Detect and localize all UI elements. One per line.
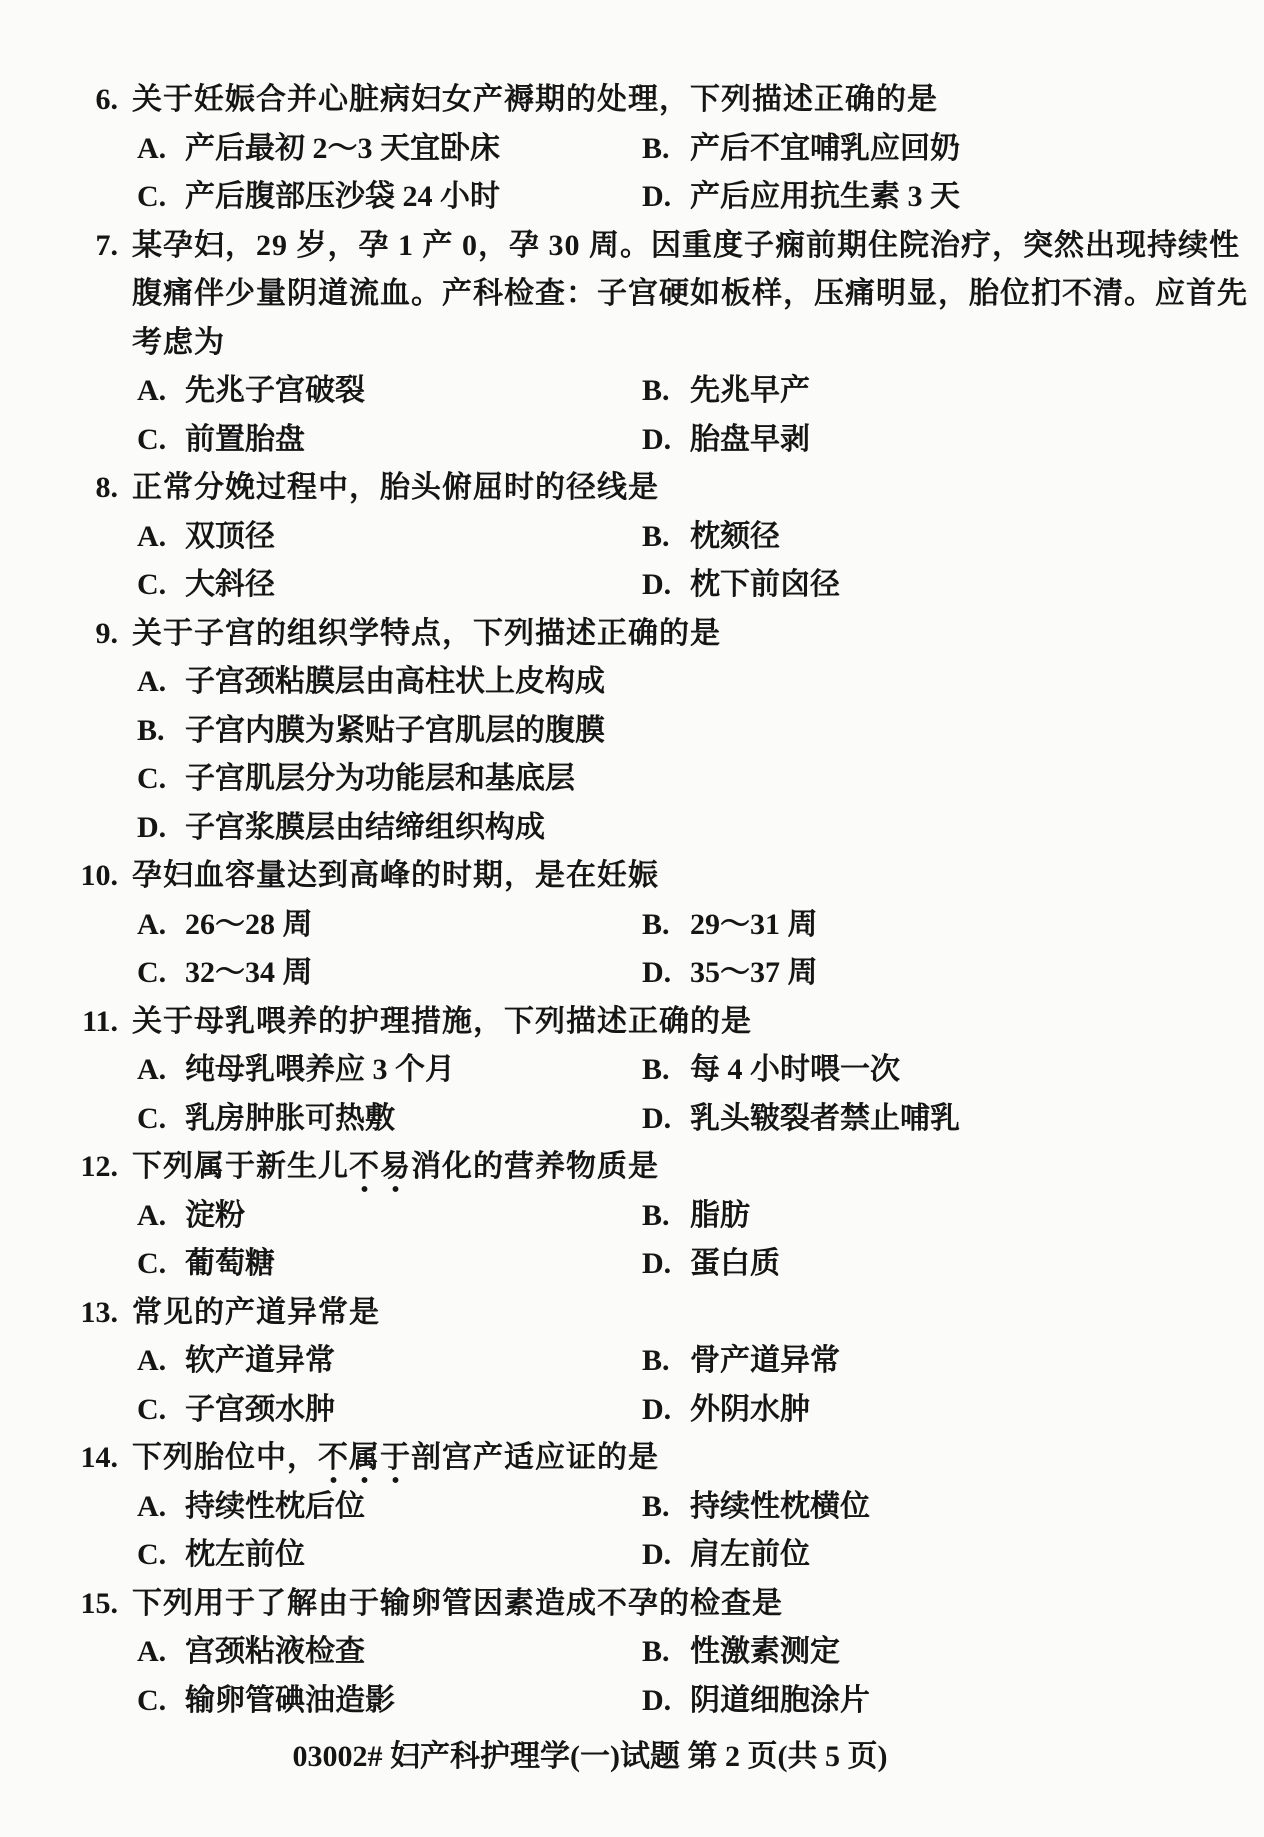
option-text: 乳房肿胀可热敷 [185, 1102, 395, 1135]
option-row: C.大斜径D.枕下前囟径 [0, 561, 1264, 610]
option-label: B. [642, 513, 690, 562]
option-label: D. [642, 1531, 690, 1580]
option-row: A.26～28 周B.29～31 周 [0, 901, 1264, 950]
option-text: 产后腹部压沙袋 24 小时 [185, 180, 500, 213]
question-stem: 关于子宫的组织学特点，下列描述正确的是 [132, 610, 721, 659]
option-b: B.性激素测定 [642, 1628, 840, 1677]
option-row: A.淀粉B.脂肪 [0, 1192, 1264, 1241]
option-b: B.持续性枕横位 [642, 1483, 870, 1532]
question-stem-line: 15.下列用于了解由于输卵管因素造成不孕的检查是 [0, 1580, 1264, 1629]
option-d: D.蛋白质 [642, 1240, 780, 1289]
option-c: C.子宫肌层分为功能层和基底层 [137, 755, 575, 804]
option-text: 淀粉 [185, 1199, 245, 1232]
option-c: C.产后腹部压沙袋 24 小时 [137, 173, 500, 222]
option-text: 脂肪 [690, 1199, 750, 1232]
question-number: 14. [0, 1434, 118, 1483]
question-list: 6.关于妊娠合并心脏病妇女产褥期的处理，下列描述正确的是A.产后最初 2～3 天… [0, 76, 1264, 1725]
option-text: 子宫肌层分为功能层和基底层 [185, 762, 575, 795]
question-stem: 腹痛伴少量阴道流血。产科检查：子宫硬如板样，压痛明显，胎位扪不清。应首先 [132, 270, 1248, 319]
option-label: B. [642, 1483, 690, 1532]
option-text: 先兆子宫破裂 [185, 374, 365, 407]
option-text: 纯母乳喂养应 3 个月 [185, 1053, 455, 1086]
question-stem: 孕妇血容量达到高峰的时期，是在妊娠 [132, 852, 659, 901]
option-b: B.产后不宜哺乳应回奶 [642, 125, 960, 174]
option-text: 产后应用抗生素 3 天 [690, 180, 960, 213]
scanned-exam-page: { "page": { "footer": "03002# 妇产科护理学(一)试… [0, 0, 1264, 1837]
option-d: D.产后应用抗生素 3 天 [642, 173, 960, 222]
question-stem-line: 13.常见的产道异常是 [0, 1289, 1264, 1338]
question-stem-line: 8.正常分娩过程中，胎头俯屈时的径线是 [0, 464, 1264, 513]
option-text: 蛋白质 [690, 1247, 780, 1280]
option-c: C.32～34 周 [137, 949, 313, 998]
option-label: D. [642, 416, 690, 465]
option-a: A.26～28 周 [137, 901, 313, 950]
option-label: C. [137, 1240, 185, 1289]
option-label: B. [642, 367, 690, 416]
option-row: C.葡萄糖D.蛋白质 [0, 1240, 1264, 1289]
option-label: C. [137, 1386, 185, 1435]
question-6: 6.关于妊娠合并心脏病妇女产褥期的处理，下列描述正确的是A.产后最初 2～3 天… [0, 76, 1264, 222]
option-label: A. [137, 901, 185, 950]
question-number: 13. [0, 1289, 118, 1338]
option-text: 产后不宜哺乳应回奶 [690, 132, 960, 165]
option-row: A.产后最初 2～3 天宜卧床B.产后不宜哺乳应回奶 [0, 125, 1264, 174]
option-label: A. [137, 513, 185, 562]
option-b: B.脂肪 [642, 1192, 750, 1241]
question-11: 11.关于母乳喂养的护理措施，下列描述正确的是A.纯母乳喂养应 3 个月B.每 … [0, 998, 1264, 1144]
option-row: D.子宫浆膜层由结缔组织构成 [0, 804, 1264, 853]
option-label: D. [137, 804, 185, 853]
option-label: C. [137, 949, 185, 998]
option-text: 29～31 周 [690, 908, 818, 941]
question-stem-line: 6.关于妊娠合并心脏病妇女产褥期的处理，下列描述正确的是 [0, 76, 1264, 125]
option-a: A.宫颈粘液检查 [137, 1628, 365, 1677]
question-number: 7. [0, 222, 118, 271]
option-text: 持续性枕横位 [690, 1490, 870, 1523]
option-text: 葡萄糖 [185, 1247, 275, 1280]
question-10: 10.孕妇血容量达到高峰的时期，是在妊娠A.26～28 周B.29～31 周C.… [0, 852, 1264, 998]
question-number: 11. [0, 998, 118, 1047]
option-text: 枕左前位 [185, 1538, 305, 1571]
option-row: A.软产道异常B.骨产道异常 [0, 1337, 1264, 1386]
option-a: A.子宫颈粘膜层由高柱状上皮构成 [137, 658, 605, 707]
question-stem: 下列属于新生儿不易消化的营养物质是 [132, 1143, 659, 1192]
question-9: 9.关于子宫的组织学特点，下列描述正确的是A.子宫颈粘膜层由高柱状上皮构成B.子… [0, 610, 1264, 853]
option-row: C.子宫肌层分为功能层和基底层 [0, 755, 1264, 804]
option-label: A. [137, 1483, 185, 1532]
question-number: 6. [0, 76, 118, 125]
option-row: C.产后腹部压沙袋 24 小时D.产后应用抗生素 3 天 [0, 173, 1264, 222]
option-row: A.持续性枕后位B.持续性枕横位 [0, 1483, 1264, 1532]
question-stem-line: 7.某孕妇，29 岁，孕 1 产 0，孕 30 周。因重度子痫前期住院治疗，突然… [0, 222, 1264, 271]
option-text: 乳头皲裂者禁止哺乳 [690, 1102, 960, 1135]
option-text: 35～37 周 [690, 956, 818, 989]
option-a: A.纯母乳喂养应 3 个月 [137, 1046, 455, 1095]
option-d: D.35～37 周 [642, 949, 818, 998]
question-15: 15.下列用于了解由于输卵管因素造成不孕的检查是A.宫颈粘液检查B.性激素测定C… [0, 1580, 1264, 1726]
option-label: D. [642, 561, 690, 610]
option-text: 子宫颈粘膜层由高柱状上皮构成 [185, 665, 605, 698]
option-row: C.枕左前位D.肩左前位 [0, 1531, 1264, 1580]
option-b: B.先兆早产 [642, 367, 810, 416]
question-number: 9. [0, 610, 118, 659]
option-label: A. [137, 367, 185, 416]
option-text: 产后最初 2～3 天宜卧床 [185, 132, 500, 165]
question-14: 14.下列胎位中，不属于剖宫产适应证的是A.持续性枕后位B.持续性枕横位C.枕左… [0, 1434, 1264, 1580]
option-a: A.产后最初 2～3 天宜卧床 [137, 125, 500, 174]
option-label: B. [642, 1337, 690, 1386]
question-stem-line: 腹痛伴少量阴道流血。产科检查：子宫硬如板样，压痛明显，胎位扪不清。应首先 [0, 270, 1264, 319]
option-label: D. [642, 1677, 690, 1726]
option-row: C.32～34 周D.35～37 周 [0, 949, 1264, 998]
option-label: B. [642, 901, 690, 950]
option-text: 宫颈粘液检查 [185, 1635, 365, 1668]
question-stem-line: 14.下列胎位中，不属于剖宫产适应证的是 [0, 1434, 1264, 1483]
option-text: 性激素测定 [690, 1635, 840, 1668]
option-a: A.先兆子宫破裂 [137, 367, 365, 416]
question-number: 12. [0, 1143, 118, 1192]
option-c: C.子宫颈水肿 [137, 1386, 335, 1435]
question-number: 8. [0, 464, 118, 513]
option-text: 子宫浆膜层由结缔组织构成 [185, 811, 545, 844]
option-label: D. [642, 1386, 690, 1435]
option-d: D.子宫浆膜层由结缔组织构成 [137, 804, 545, 853]
question-stem-line: 考虑为 [0, 319, 1264, 368]
option-label: D. [642, 173, 690, 222]
question-stem: 下列用于了解由于输卵管因素造成不孕的检查是 [132, 1580, 783, 1629]
option-label: B. [642, 1046, 690, 1095]
option-row: C.乳房肿胀可热敷D.乳头皲裂者禁止哺乳 [0, 1095, 1264, 1144]
option-text: 枕颏径 [690, 520, 780, 553]
question-stem: 考虑为 [132, 319, 225, 368]
option-b: B.每 4 小时喂一次 [642, 1046, 900, 1095]
option-row: A.先兆子宫破裂B.先兆早产 [0, 367, 1264, 416]
option-a: A.淀粉 [137, 1192, 245, 1241]
emphasized-text: 不易 [349, 1150, 411, 1193]
option-label: A. [137, 1192, 185, 1241]
option-label: D. [642, 1095, 690, 1144]
option-row: A.双顶径B.枕颏径 [0, 513, 1264, 562]
question-number: 15. [0, 1580, 118, 1629]
question-number: 10. [0, 852, 118, 901]
option-d: D.肩左前位 [642, 1531, 810, 1580]
question-stem: 关于妊娠合并心脏病妇女产褥期的处理，下列描述正确的是 [132, 76, 938, 125]
question-8: 8.正常分娩过程中，胎头俯屈时的径线是A.双顶径B.枕颏径C.大斜径D.枕下前囟… [0, 464, 1264, 610]
option-text: 持续性枕后位 [185, 1490, 365, 1523]
option-row: A.子宫颈粘膜层由高柱状上皮构成 [0, 658, 1264, 707]
option-row: A.宫颈粘液检查B.性激素测定 [0, 1628, 1264, 1677]
question-7: 7.某孕妇，29 岁，孕 1 产 0，孕 30 周。因重度子痫前期住院治疗，突然… [0, 222, 1264, 465]
page-footer: 03002# 妇产科护理学(一)试题 第 2 页(共 5 页) [0, 1733, 1180, 1782]
question-stem: 下列胎位中，不属于剖宫产适应证的是 [132, 1434, 659, 1483]
question-13: 13.常见的产道异常是A.软产道异常B.骨产道异常C.子宫颈水肿D.外阴水肿 [0, 1289, 1264, 1435]
question-12: 12.下列属于新生儿不易消化的营养物质是A.淀粉B.脂肪C.葡萄糖D.蛋白质 [0, 1143, 1264, 1289]
emphasized-text: 不属于 [318, 1441, 411, 1484]
question-stem: 关于母乳喂养的护理措施，下列描述正确的是 [132, 998, 752, 1047]
option-text: 先兆早产 [690, 374, 810, 407]
option-label: B. [642, 125, 690, 174]
option-b: B.29～31 周 [642, 901, 818, 950]
option-label: C. [137, 1677, 185, 1726]
option-label: A. [137, 1628, 185, 1677]
option-text: 前置胎盘 [185, 423, 305, 456]
option-text: 外阴水肿 [690, 1393, 810, 1426]
question-stem: 正常分娩过程中，胎头俯屈时的径线是 [132, 464, 659, 513]
option-d: D.乳头皲裂者禁止哺乳 [642, 1095, 960, 1144]
option-label: A. [137, 125, 185, 174]
option-row: A.纯母乳喂养应 3 个月B.每 4 小时喂一次 [0, 1046, 1264, 1095]
option-text: 软产道异常 [185, 1344, 335, 1377]
question-stem-line: 9.关于子宫的组织学特点，下列描述正确的是 [0, 610, 1264, 659]
option-label: A. [137, 1337, 185, 1386]
option-text: 肩左前位 [690, 1538, 810, 1571]
question-stem-line: 11.关于母乳喂养的护理措施，下列描述正确的是 [0, 998, 1264, 1047]
option-label: D. [642, 949, 690, 998]
option-label: C. [137, 755, 185, 804]
option-row: C.前置胎盘D.胎盘早剥 [0, 416, 1264, 465]
option-text: 26～28 周 [185, 908, 313, 941]
option-label: C. [137, 416, 185, 465]
option-c: C.输卵管碘油造影 [137, 1677, 395, 1726]
option-label: B. [642, 1192, 690, 1241]
option-d: D.阴道细胞涂片 [642, 1677, 870, 1726]
option-d: D.枕下前囟径 [642, 561, 840, 610]
option-c: C.葡萄糖 [137, 1240, 275, 1289]
option-label: C. [137, 173, 185, 222]
option-text: 大斜径 [185, 568, 275, 601]
question-stem-line: 10.孕妇血容量达到高峰的时期，是在妊娠 [0, 852, 1264, 901]
option-label: C. [137, 1095, 185, 1144]
option-label: A. [137, 658, 185, 707]
option-row: B.子宫内膜为紧贴子宫肌层的腹膜 [0, 707, 1264, 756]
option-c: C.大斜径 [137, 561, 275, 610]
option-label: C. [137, 1531, 185, 1580]
option-b: B.骨产道异常 [642, 1337, 840, 1386]
option-label: B. [137, 707, 185, 756]
option-a: A.双顶径 [137, 513, 275, 562]
option-row: C.子宫颈水肿D.外阴水肿 [0, 1386, 1264, 1435]
option-label: A. [137, 1046, 185, 1095]
option-text: 子宫内膜为紧贴子宫肌层的腹膜 [185, 714, 605, 747]
option-d: D.胎盘早剥 [642, 416, 810, 465]
option-c: C.枕左前位 [137, 1531, 305, 1580]
option-text: 枕下前囟径 [690, 568, 840, 601]
option-text: 胎盘早剥 [690, 423, 810, 456]
option-d: D.外阴水肿 [642, 1386, 810, 1435]
option-text: 子宫颈水肿 [185, 1393, 335, 1426]
option-c: C.前置胎盘 [137, 416, 305, 465]
option-text: 每 4 小时喂一次 [690, 1053, 900, 1086]
option-a: A.软产道异常 [137, 1337, 335, 1386]
option-text: 32～34 周 [185, 956, 313, 989]
question-stem: 常见的产道异常是 [132, 1289, 380, 1338]
option-label: B. [642, 1628, 690, 1677]
option-b: B.枕颏径 [642, 513, 780, 562]
option-c: C.乳房肿胀可热敷 [137, 1095, 395, 1144]
option-row: C.输卵管碘油造影D.阴道细胞涂片 [0, 1677, 1264, 1726]
option-a: A.持续性枕后位 [137, 1483, 365, 1532]
option-b: B.子宫内膜为紧贴子宫肌层的腹膜 [137, 707, 605, 756]
option-text: 骨产道异常 [690, 1344, 840, 1377]
question-stem: 某孕妇，29 岁，孕 1 产 0，孕 30 周。因重度子痫前期住院治疗，突然出现… [132, 222, 1240, 271]
question-stem-line: 12.下列属于新生儿不易消化的营养物质是 [0, 1143, 1264, 1192]
option-label: C. [137, 561, 185, 610]
option-text: 双顶径 [185, 520, 275, 553]
option-text: 输卵管碘油造影 [185, 1684, 395, 1717]
option-label: D. [642, 1240, 690, 1289]
option-text: 阴道细胞涂片 [690, 1684, 870, 1717]
